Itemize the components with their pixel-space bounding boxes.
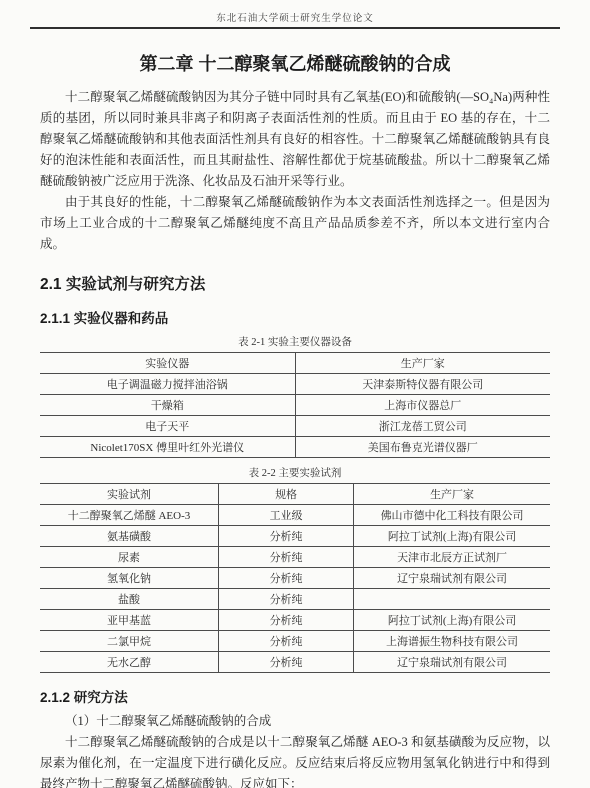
grade-cell: 分析纯 bbox=[219, 568, 354, 589]
reagent-cell: 亚甲基蓝 bbox=[40, 610, 219, 631]
manufacturer-cell: 天津泰斯特仪器有限公司 bbox=[295, 374, 550, 395]
column-header-manufacturer: 生产厂家 bbox=[354, 484, 550, 505]
column-header-reagent: 实验试剂 bbox=[40, 484, 219, 505]
table-header-row: 实验试剂 规格 生产厂家 bbox=[40, 484, 550, 505]
reagent-cell: 盐酸 bbox=[40, 589, 219, 610]
table-header-row: 实验仪器 生产厂家 bbox=[40, 353, 550, 374]
column-header-instrument: 实验仪器 bbox=[40, 353, 295, 374]
reagent-cell: 无水乙醇 bbox=[40, 652, 219, 673]
reagent-cell: 二氯甲烷 bbox=[40, 631, 219, 652]
grade-cell: 工业级 bbox=[219, 505, 354, 526]
section-2-1-1-heading: 2.1.1 实验仪器和药品 bbox=[40, 307, 550, 327]
paragraph-2: 由于其良好的性能，十二醇聚氧乙烯醚硫酸钠作为本文表面活性剂选择之一。但是因为市场… bbox=[40, 192, 550, 255]
column-header-manufacturer: 生产厂家 bbox=[295, 353, 550, 374]
manufacturer-cell: 辽宁泉瑞试剂有限公司 bbox=[354, 568, 550, 589]
column-header-grade: 规格 bbox=[219, 484, 354, 505]
manufacturer-cell: 阿拉丁试剂(上海)有限公司 bbox=[354, 610, 550, 631]
grade-cell: 分析纯 bbox=[219, 652, 354, 673]
reagent-cell: 尿素 bbox=[40, 547, 219, 568]
manufacturer-cell: 天津市北辰方正试剂厂 bbox=[354, 547, 550, 568]
manufacturer-cell: 美国布鲁克光谱仪器厂 bbox=[295, 437, 550, 458]
table-row: 氢氧化钠 分析纯 辽宁泉瑞试剂有限公司 bbox=[40, 568, 550, 589]
section-2-1-heading: 2.1 实验试剂与研究方法 bbox=[40, 272, 550, 294]
table-row: 亚甲基蓝 分析纯 阿拉丁试剂(上海)有限公司 bbox=[40, 610, 550, 631]
table-row: 电子调温磁力搅拌油浴锅 天津泰斯特仪器有限公司 bbox=[40, 374, 550, 395]
reagent-cell: 氨基磺酸 bbox=[40, 526, 219, 547]
table-row: 十二醇聚氧乙烯醚 AEO-3 工业级 佛山市德中化工科技有限公司 bbox=[40, 505, 550, 526]
table-2-1-caption: 表 2-1 实验主要仪器设备 bbox=[40, 334, 550, 349]
table-2-2-reagents: 实验试剂 规格 生产厂家 十二醇聚氧乙烯醚 AEO-3 工业级 佛山市德中化工科… bbox=[40, 483, 550, 673]
table-row: 二氯甲烷 分析纯 上海谱振生物科技有限公司 bbox=[40, 631, 550, 652]
instrument-cell: 电子调温磁力搅拌油浴锅 bbox=[40, 374, 295, 395]
manufacturer-cell bbox=[354, 589, 550, 610]
grade-cell: 分析纯 bbox=[219, 589, 354, 610]
manufacturer-cell: 上海谱振生物科技有限公司 bbox=[354, 631, 550, 652]
method-item-1: （1）十二醇聚氧乙烯醚硫酸钠的合成 bbox=[40, 711, 550, 732]
instrument-cell: 干燥箱 bbox=[40, 395, 295, 416]
grade-cell: 分析纯 bbox=[219, 610, 354, 631]
table-2-1-instruments: 实验仪器 生产厂家 电子调温磁力搅拌油浴锅 天津泰斯特仪器有限公司 干燥箱 上海… bbox=[40, 352, 550, 458]
manufacturer-cell: 上海市仪器总厂 bbox=[295, 395, 550, 416]
paragraph-1: 十二醇聚氧乙烯醚硫酸钠因为其分子链中同时具有乙氧基(EO)和硫酸钠(—SO₄Na… bbox=[40, 87, 550, 192]
table-row: 盐酸 分析纯 bbox=[40, 589, 550, 610]
manufacturer-cell: 浙江龙蓓工贸公司 bbox=[295, 416, 550, 437]
manufacturer-cell: 辽宁泉瑞试剂有限公司 bbox=[354, 652, 550, 673]
grade-cell: 分析纯 bbox=[219, 631, 354, 652]
header-rule bbox=[30, 27, 560, 29]
manufacturer-cell: 佛山市德中化工科技有限公司 bbox=[354, 505, 550, 526]
reagent-cell: 氢氧化钠 bbox=[40, 568, 219, 589]
table-row: 干燥箱 上海市仪器总厂 bbox=[40, 395, 550, 416]
running-head: 东北石油大学硕士研究生学位论文 bbox=[40, 10, 550, 24]
table-row: 尿素 分析纯 天津市北辰方正试剂厂 bbox=[40, 547, 550, 568]
grade-cell: 分析纯 bbox=[219, 547, 354, 568]
table-row: 无水乙醇 分析纯 辽宁泉瑞试剂有限公司 bbox=[40, 652, 550, 673]
section-2-1-2-heading: 2.1.2 研究方法 bbox=[40, 686, 550, 706]
reagent-cell: 十二醇聚氧乙烯醚 AEO-3 bbox=[40, 505, 219, 526]
grade-cell: 分析纯 bbox=[219, 526, 354, 547]
table-row: Nicolet170SX 傅里叶红外光谱仪 美国布鲁克光谱仪器厂 bbox=[40, 437, 550, 458]
table-2-2-caption: 表 2-2 主要实验试剂 bbox=[40, 465, 550, 480]
chapter-title: 第二章 十二醇聚氧乙烯醚硫酸钠的合成 bbox=[40, 50, 550, 76]
table-row: 电子天平 浙江龙蓓工贸公司 bbox=[40, 416, 550, 437]
table-row: 氨基磺酸 分析纯 阿拉丁试剂(上海)有限公司 bbox=[40, 526, 550, 547]
instrument-cell: Nicolet170SX 傅里叶红外光谱仪 bbox=[40, 437, 295, 458]
manufacturer-cell: 阿拉丁试剂(上海)有限公司 bbox=[354, 526, 550, 547]
instrument-cell: 电子天平 bbox=[40, 416, 295, 437]
thesis-page: 东北石油大学硕士研究生学位论文 第二章 十二醇聚氧乙烯醚硫酸钠的合成 十二醇聚氧… bbox=[0, 0, 590, 788]
paragraph-3: 十二醇聚氧乙烯醚硫酸钠的合成是以十二醇聚氧乙烯醚 AEO-3 和氨基磺酸为反应物… bbox=[40, 732, 550, 788]
